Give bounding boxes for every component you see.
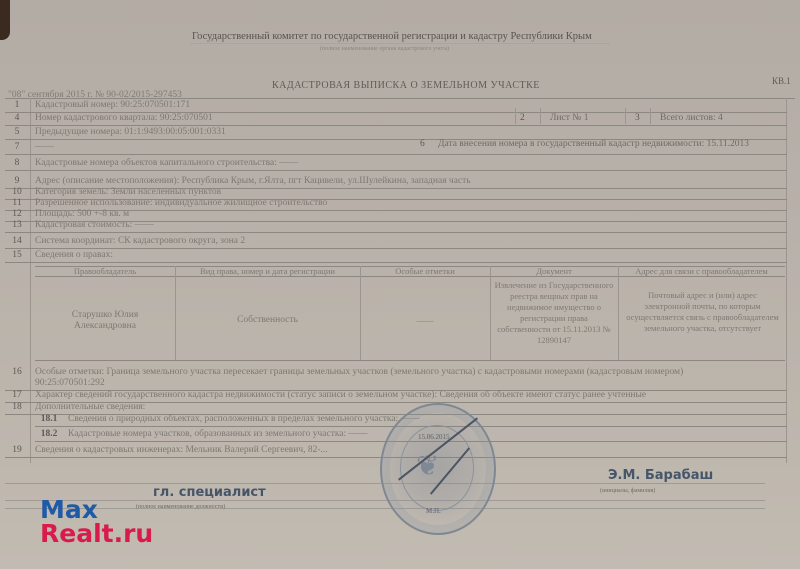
header-notes: Особые отметки bbox=[360, 266, 490, 277]
row-text: —— bbox=[35, 142, 54, 152]
contact-address: Почтовый адрес и (или) адрес электронной… bbox=[625, 290, 780, 334]
row-number: 18.1 bbox=[36, 414, 62, 424]
row-number: 10 bbox=[4, 187, 30, 197]
row-number: 5 bbox=[4, 127, 30, 137]
field-2-number: 2 bbox=[520, 112, 525, 124]
header-holder: Правообладатель bbox=[35, 266, 175, 277]
row-number: 16 bbox=[4, 367, 30, 377]
signature-line bbox=[5, 508, 765, 509]
row-number: 8 bbox=[4, 158, 30, 168]
field-6-number: 6 bbox=[420, 138, 425, 150]
rights-document: Извлечение из Государственного реестра в… bbox=[494, 280, 614, 346]
seal-mark: М.П. bbox=[426, 505, 441, 517]
row-divider bbox=[5, 154, 787, 155]
row-text: Категория земель: Земли населенных пункт… bbox=[35, 187, 221, 197]
document-title: КАДАСТРОВАЯ ВЫПИСКА О ЗЕМЕЛЬНОМ УЧАСТКЕ bbox=[272, 80, 540, 92]
rights-table-border bbox=[360, 266, 361, 360]
row-text: Сведения о природных объектах, расположе… bbox=[68, 414, 420, 424]
cell-divider bbox=[650, 108, 651, 124]
row-text-continued: 90:25:070501:292 bbox=[35, 378, 105, 388]
signature-line bbox=[5, 500, 765, 501]
official-seal: ❦ 15.06.2015 М.П. bbox=[380, 403, 496, 535]
row-number: 13 bbox=[4, 220, 30, 230]
row-divider bbox=[5, 125, 787, 126]
row-text: Разрешенное использование: индивидуально… bbox=[35, 198, 327, 208]
cell-divider bbox=[515, 108, 516, 124]
row-text: Система координат: СК кадастрового округ… bbox=[35, 236, 245, 246]
cell-divider bbox=[540, 108, 541, 124]
background-edge bbox=[0, 0, 10, 40]
row-number: 7 bbox=[4, 142, 30, 152]
row-number: 12 bbox=[4, 209, 30, 219]
row-text: Адрес (описание местоположения): Республ… bbox=[35, 176, 471, 186]
row-number: 1 bbox=[4, 100, 30, 110]
row-number: 19 bbox=[4, 445, 30, 455]
row-text: Кадастровые номера участков, образованны… bbox=[68, 429, 368, 439]
row-number: 14 bbox=[4, 236, 30, 246]
header-right: Вид права, номер и дата регистрации bbox=[175, 266, 360, 277]
row-divider bbox=[5, 170, 787, 171]
position-stamp: гл. специалист bbox=[153, 487, 266, 499]
row-text: Кадастровая стоимость: —— bbox=[35, 220, 154, 230]
cell-divider bbox=[625, 108, 626, 124]
row-text: Характер сведений государственного кадас… bbox=[35, 390, 646, 400]
row-text: Особые отметки: Граница земельного участ… bbox=[35, 367, 683, 377]
table-border bbox=[786, 98, 787, 463]
row-number: 18.2 bbox=[36, 429, 62, 439]
rights-table-border bbox=[35, 360, 785, 361]
form-code: КВ.1 bbox=[772, 75, 791, 87]
name-caption: (инициалы, фамилия) bbox=[600, 485, 655, 497]
rights-table-border bbox=[175, 266, 176, 360]
row-text: Кадастровые номера объектов капитального… bbox=[35, 158, 298, 168]
right-type: Собственность bbox=[175, 315, 360, 326]
table-border bbox=[5, 98, 795, 99]
header-document: Документ bbox=[490, 266, 618, 277]
row-divider bbox=[5, 248, 787, 249]
total-sheets: Всего листов: 4 bbox=[660, 112, 723, 124]
row-text: Дополнительные сведения: bbox=[35, 402, 145, 412]
header-address: Адрес для связи с правообладателем bbox=[618, 266, 785, 277]
row-text: Предыдущие номера: 01:1:9493:00:05:001:0… bbox=[35, 127, 226, 137]
row-number: 18 bbox=[4, 402, 30, 412]
row-number: 17 bbox=[4, 390, 30, 400]
name-stamp: Э.М. Барабаш bbox=[608, 470, 713, 482]
rights-table-border bbox=[618, 266, 619, 360]
row-text: Площадь: 500 +-8 кв. м bbox=[35, 209, 129, 219]
row-text: Сведения о правах: bbox=[35, 250, 113, 260]
row-divider bbox=[5, 262, 787, 263]
field-3-number: 3 bbox=[635, 112, 640, 124]
document-photo: Государственный комитет по государственн… bbox=[0, 0, 800, 569]
watermark-realt: Realt.ru bbox=[40, 521, 153, 547]
sheet-number: Лист № 1 bbox=[550, 112, 588, 124]
row-divider bbox=[5, 232, 787, 233]
entry-date: Дата внесения номера в государственный к… bbox=[438, 138, 749, 150]
row-text: Номер кадастрового квартала: 90:25:07050… bbox=[35, 113, 213, 123]
row-number: 4 bbox=[4, 113, 30, 123]
row-number: 9 bbox=[4, 176, 30, 186]
rights-holder: Старушко Юлия Александровна bbox=[50, 310, 160, 332]
rights-notes: —— bbox=[360, 315, 490, 326]
row-number: 15 bbox=[4, 250, 30, 260]
organization-caption: (полное наименование органа кадастрового… bbox=[320, 43, 449, 55]
row-number: 11 bbox=[4, 198, 30, 208]
row-text: Кадастровый номер: 90:25:070501:171 bbox=[35, 100, 190, 110]
row-text: Сведения о кадастровых инженерах: Мельни… bbox=[35, 445, 328, 455]
rights-table-border bbox=[490, 266, 491, 360]
position-caption: (полное наименование должности) bbox=[136, 501, 225, 513]
organization-name: Государственный комитет по государственн… bbox=[192, 31, 592, 43]
table-border bbox=[30, 98, 31, 463]
